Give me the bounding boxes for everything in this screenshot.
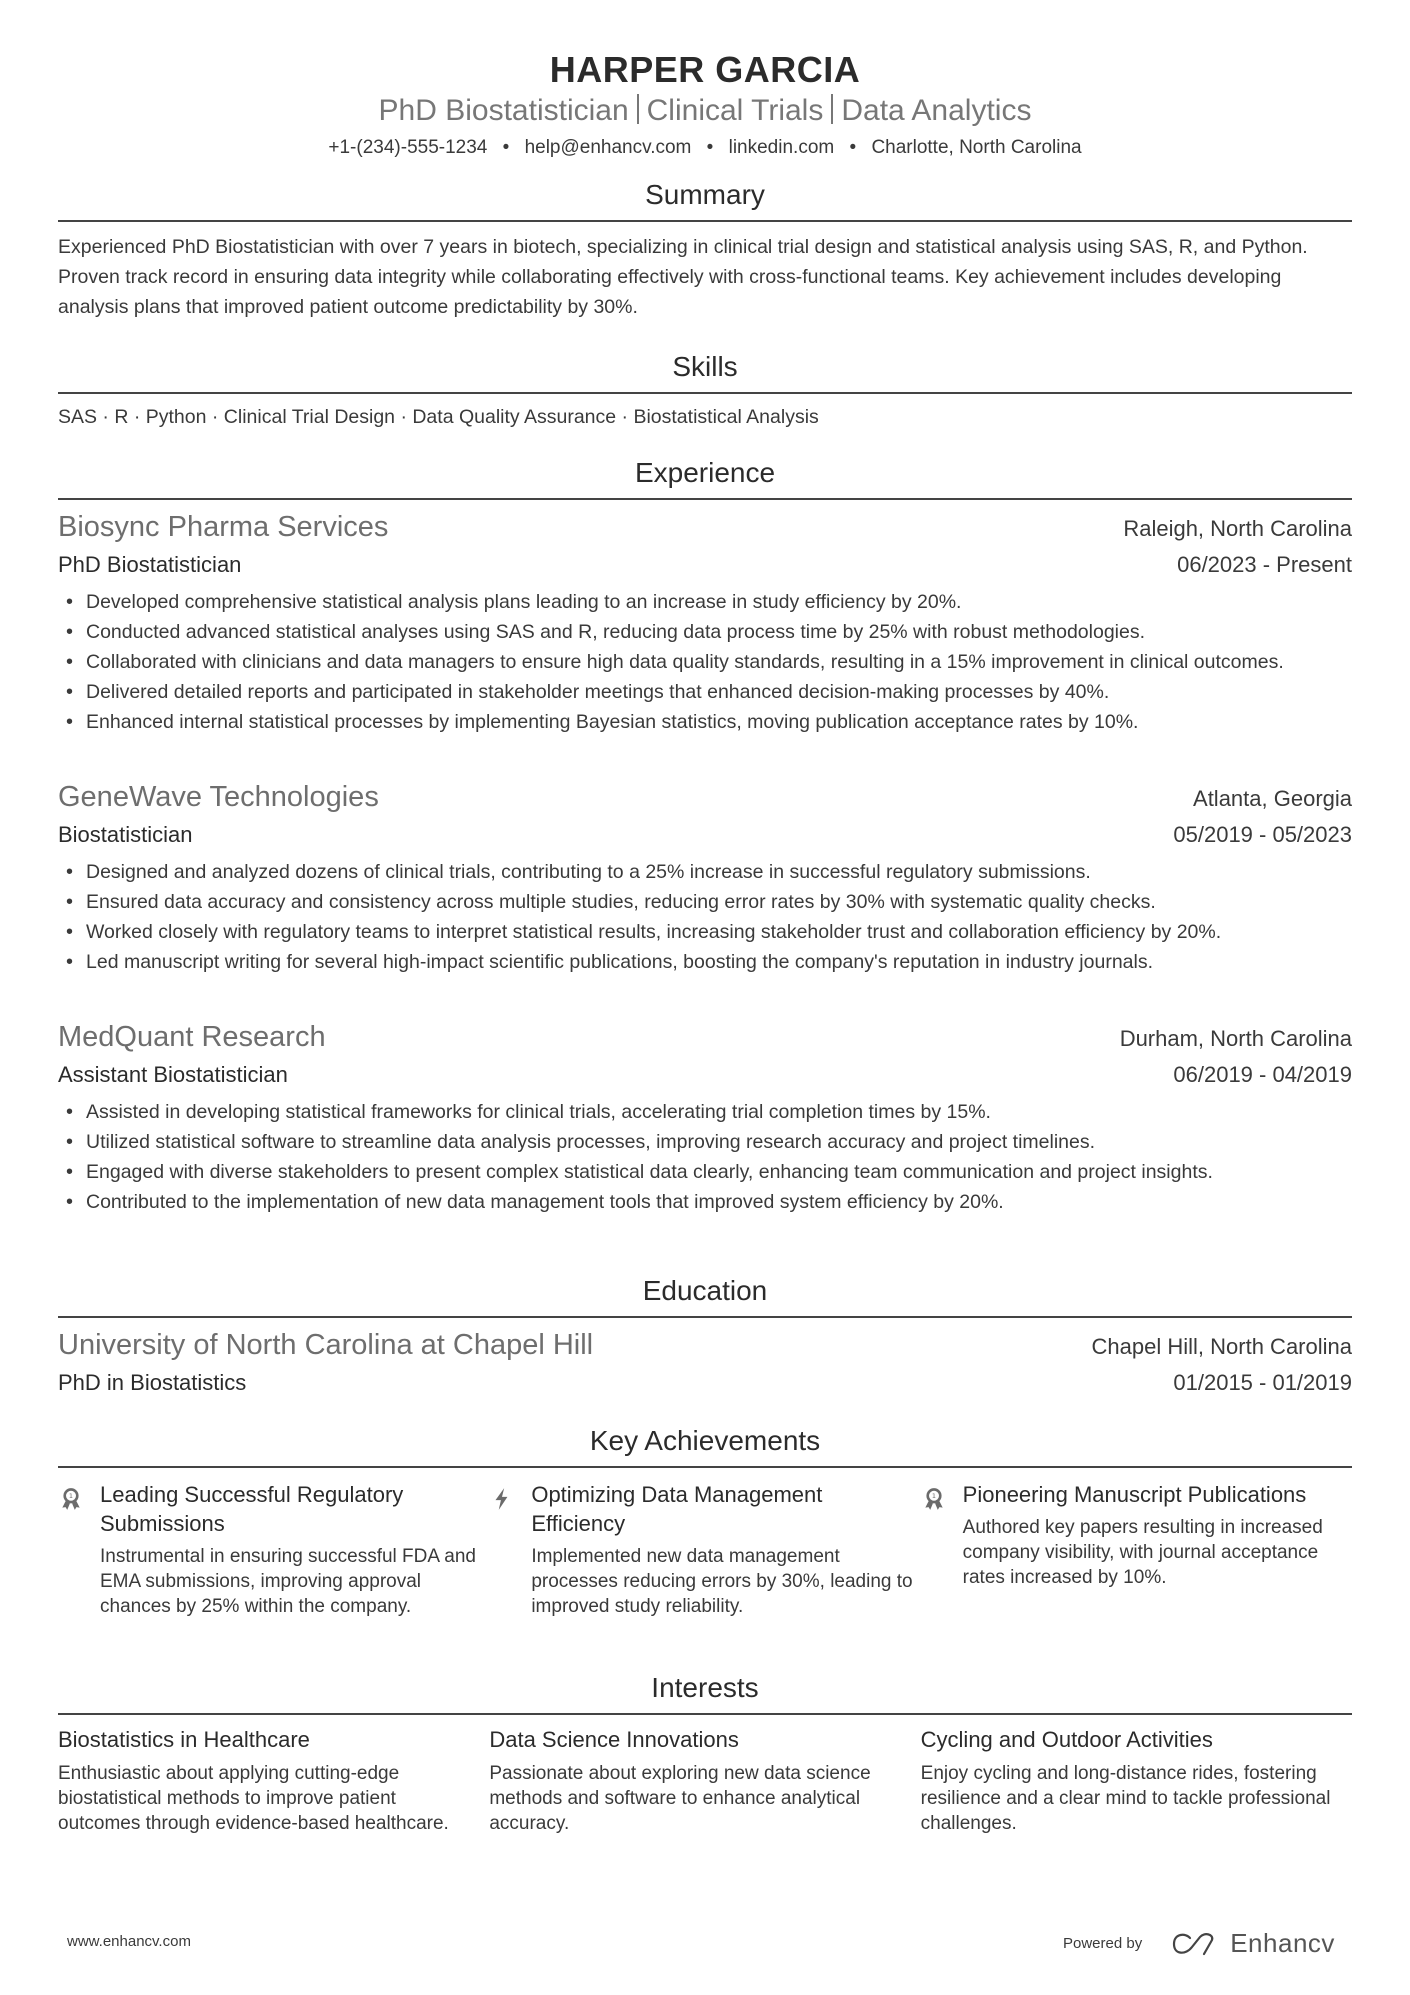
skills-list: SAS · R · Python · Clinical Trial Design… [58,402,1352,432]
interest-item: Cycling and Outdoor Activities Enjoy cyc… [921,1725,1352,1836]
interest-title: Biostatistics in Healthcare [58,1725,469,1755]
contact-separator: • [707,137,714,158]
summary-section: Summary Experienced PhD Biostatistician … [58,178,1352,322]
achievement-desc: Implemented new data management processe… [531,1544,920,1619]
achievement-title: Optimizing Data Management Efficiency [531,1480,920,1538]
section-divider [58,1466,1352,1468]
section-title-skills: Skills [58,350,1352,384]
section-divider [58,1316,1352,1318]
job-bullets: Assisted in developing statistical frame… [58,1097,1352,1217]
bullet-item: Contributed to the implementation of new… [58,1187,1352,1217]
achievement-item: 1 Leading Successful Regulatory Submissi… [58,1480,489,1619]
job-role: PhD Biostatistician [58,547,241,583]
contact-info: +1-(234)-555-1234 • help@enhancv.com • l… [58,134,1352,162]
contact-separator: • [503,137,510,158]
svg-text:1: 1 [932,1492,936,1500]
job-location: Atlanta, Georgia [1193,781,1352,817]
school-name: University of North Carolina at Chapel H… [58,1327,593,1363]
title-separator [637,94,639,124]
company-name: Biosync Pharma Services [58,509,388,545]
degree: PhD in Biostatistics [58,1365,246,1401]
achievement-desc: Authored key papers resulting in increas… [963,1515,1352,1590]
bullet-item: Developed comprehensive statistical anal… [58,587,1352,617]
interest-item: Data Science Innovations Passionate abou… [489,1725,920,1836]
achievement-title: Pioneering Manuscript Publications [963,1480,1352,1509]
bullet-item: Ensured data accuracy and consistency ac… [58,887,1352,917]
job-role: Assistant Biostatistician [58,1057,288,1093]
job-location: Durham, North Carolina [1120,1021,1352,1057]
job-role: Biostatistician [58,817,193,853]
interests-section: Interests Biostatistics in Healthcare En… [58,1671,1352,1836]
bullet-item: Enhanced internal statistical processes … [58,707,1352,737]
bullet-item: Worked closely with regulatory teams to … [58,917,1352,947]
location: Charlotte, North Carolina [871,137,1081,158]
title-separator [831,94,833,124]
section-divider [58,220,1352,222]
summary-text: Experienced PhD Biostatistician with ove… [58,232,1352,322]
resume-page: HARPER GARCIA PhD BiostatisticianClinica… [58,0,1352,162]
footer-branding[interactable]: Powered by Enhancv [1063,1928,1335,1959]
job-bullets: Designed and analyzed dozens of clinical… [58,857,1352,977]
interest-title: Cycling and Outdoor Activities [921,1725,1332,1755]
achievements-section: Key Achievements 1 Leading Successful Re… [58,1424,1352,1619]
title-part: Clinical Trials [647,94,824,127]
award-icon: 1 [921,1486,947,1512]
achievement-item: 1 Pioneering Manuscript Publications Aut… [921,1480,1352,1619]
bullet-item: Conducted advanced statistical analyses … [58,617,1352,647]
email-link[interactable]: help@enhancv.com [525,137,692,158]
section-divider [58,392,1352,394]
section-title-education: Education [58,1274,1352,1308]
job-dates: 06/2019 - 04/2019 [1173,1057,1352,1093]
job-entry: MedQuant Research Durham, North Carolina… [58,1019,1352,1217]
bullet-item: Engaged with diverse stakeholders to pre… [58,1157,1352,1187]
bullet-item: Collaborated with clinicians and data ma… [58,647,1352,677]
section-title-experience: Experience [58,456,1352,490]
enhancv-logo-icon [1170,1931,1218,1957]
company-name: MedQuant Research [58,1019,326,1055]
job-entry: GeneWave Technologies Atlanta, Georgia B… [58,779,1352,977]
bullet-item: Designed and analyzed dozens of clinical… [58,857,1352,887]
job-location: Raleigh, North Carolina [1123,511,1352,547]
bullet-item: Led manuscript writing for several high-… [58,947,1352,977]
phone: +1-(234)-555-1234 [328,137,487,158]
linkedin-link[interactable]: linkedin.com [729,137,835,158]
brand-name: Enhancv [1230,1928,1335,1959]
interest-title: Data Science Innovations [489,1725,900,1755]
school-location: Chapel Hill, North Carolina [1092,1329,1352,1365]
achievement-item: Optimizing Data Management Efficiency Im… [489,1480,920,1619]
job-entry: Biosync Pharma Services Raleigh, North C… [58,509,1352,737]
bullet-item: Delivered detailed reports and participa… [58,677,1352,707]
footer-website-link[interactable]: www.enhancv.com [67,1933,191,1950]
job-bullets: Developed comprehensive statistical anal… [58,587,1352,737]
section-title-summary: Summary [58,178,1352,212]
achievement-desc: Instrumental in ensuring successful FDA … [100,1544,489,1619]
experience-section: Experience [58,456,1352,500]
job-dates: 05/2019 - 05/2023 [1173,817,1352,853]
bullet-item: Utilized statistical software to streaml… [58,1127,1352,1157]
title-part: Data Analytics [841,94,1031,127]
title-part: PhD Biostatistician [379,94,629,127]
education-section: Education University of North Carolina a… [58,1274,1352,1401]
section-divider [58,1713,1352,1715]
interest-desc: Passionate about exploring new data scie… [489,1761,900,1836]
section-title-interests: Interests [58,1671,1352,1705]
section-title-achievements: Key Achievements [58,1424,1352,1458]
svg-text:1: 1 [69,1492,73,1500]
skills-section: Skills SAS · R · Python · Clinical Trial… [58,350,1352,432]
interest-desc: Enthusiastic about applying cutting-edge… [58,1761,469,1836]
lightning-icon [489,1486,515,1512]
contact-separator: • [850,137,857,158]
interest-item: Biostatistics in Healthcare Enthusiastic… [58,1725,489,1836]
education-dates: 01/2015 - 01/2019 [1173,1365,1352,1401]
resume-header: HARPER GARCIA PhD BiostatisticianClinica… [58,0,1352,162]
candidate-name: HARPER GARCIA [58,48,1352,92]
achievement-title: Leading Successful Regulatory Submission… [100,1480,489,1538]
job-dates: 06/2023 - Present [1177,547,1352,583]
interest-desc: Enjoy cycling and long-distance rides, f… [921,1761,1332,1836]
section-divider [58,498,1352,500]
company-name: GeneWave Technologies [58,779,379,815]
powered-by-label: Powered by [1063,1935,1142,1952]
award-icon: 1 [58,1486,84,1512]
bullet-item: Assisted in developing statistical frame… [58,1097,1352,1127]
candidate-title: PhD BiostatisticianClinical TrialsData A… [58,92,1352,130]
